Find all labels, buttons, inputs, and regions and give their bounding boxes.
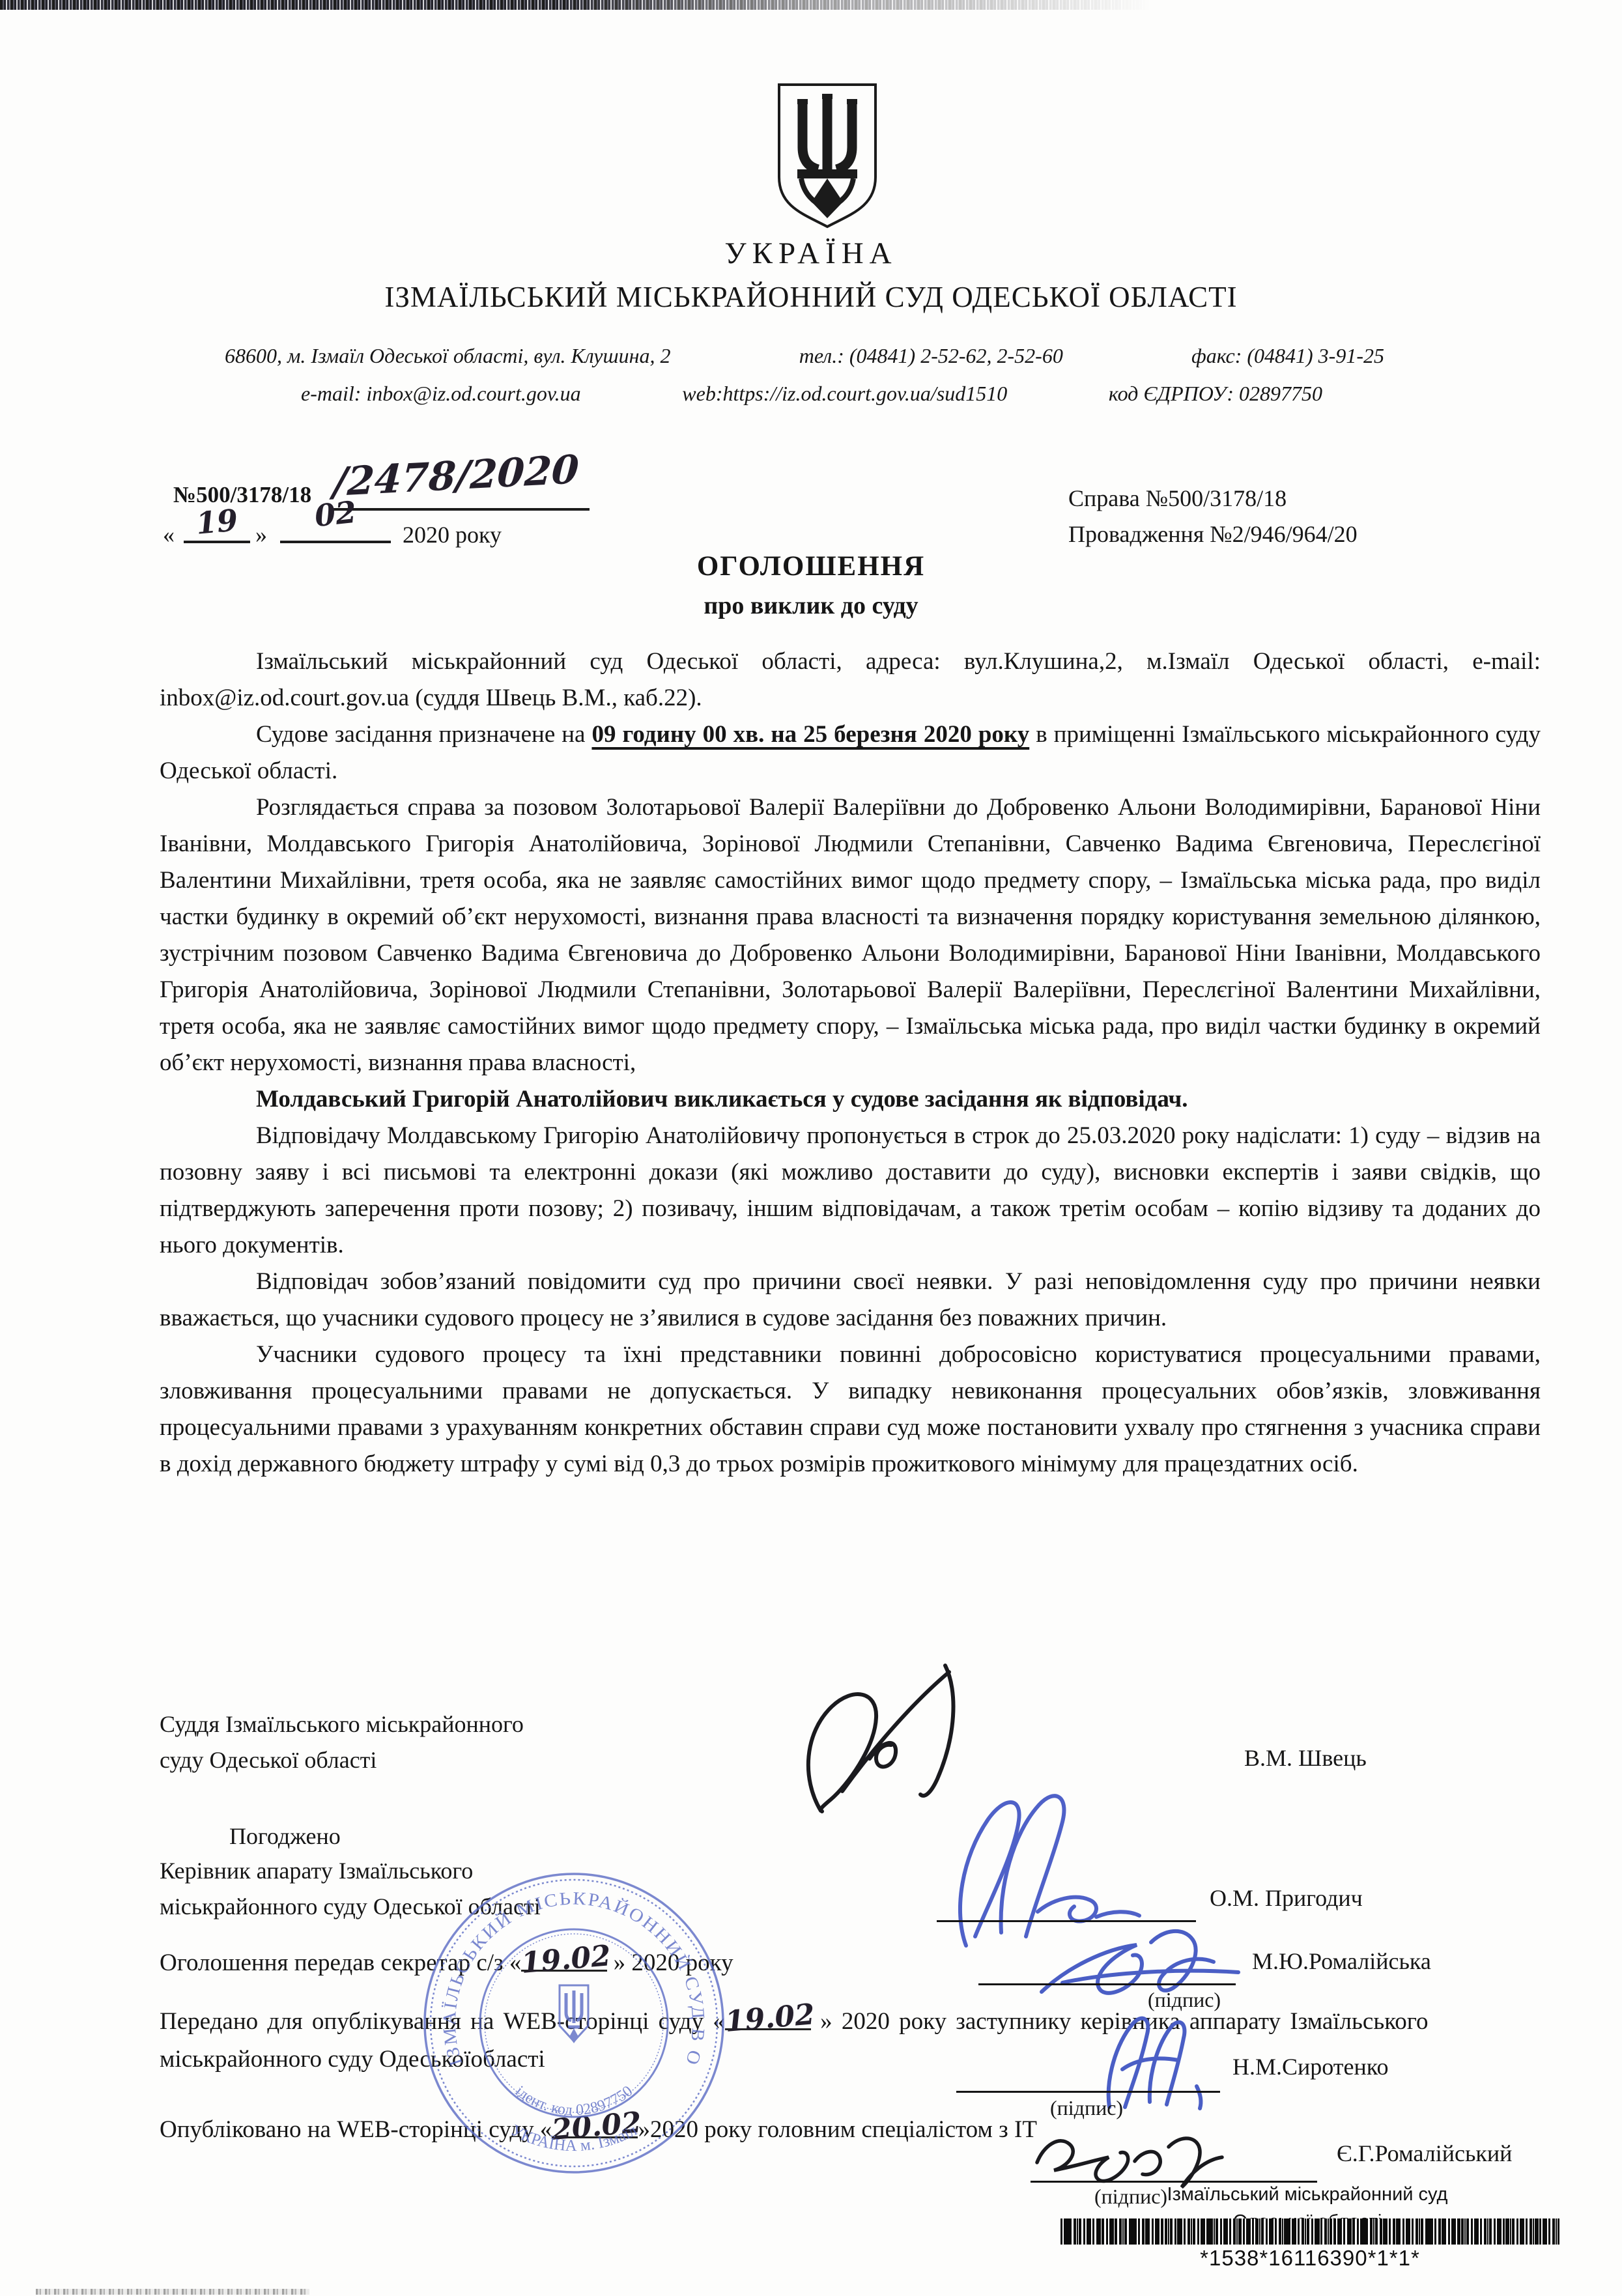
agreed-label: Погоджено: [229, 1819, 341, 1854]
date-day-handwritten: 19: [195, 502, 239, 541]
secretary-name: М.Ю.Ромалійська: [1252, 1948, 1431, 1975]
country-title: УКРАЇНА: [0, 236, 1622, 271]
proceeding-number: Провадження №2/946/964/20: [1068, 517, 1358, 552]
case-number: Справа №500/3178/18: [1068, 481, 1358, 517]
stamp-id-text: ідент. код 02897750: [512, 2082, 636, 2119]
transfer-row: Передано для опублікування на WEB-сторін…: [160, 2007, 1429, 2035]
court-fax: факс: (04841) 3-91-25: [1191, 344, 1384, 368]
svg-text:ІЗМАЇЛЬСЬКИЙ МІСЬКРАЙОННИЙ СУД: ІЗМАЇЛЬСЬКИЙ МІСЬКРАЙОННИЙ СУД В ОДЕСЬКІ…: [420, 1867, 708, 2069]
date-day-line: 19: [184, 509, 250, 543]
date-year: 2020 року: [403, 521, 502, 548]
hearing-datetime: 09 годину 00 хв. на 25 березня 2020 року: [591, 721, 1029, 748]
scan-artifact-bottom: [36, 2289, 309, 2295]
address-line-2: e-mail: inbox@iz.od.court.gov.ua web:htt…: [301, 382, 1322, 406]
court-name-title: ІЗМАЇЛЬСЬКИЙ МІСЬКРАЙОННИЙ СУД ОДЕСЬКОЇ …: [0, 280, 1622, 314]
court-address: 68600, м. Ізмаїл Одеської області, вул. …: [225, 344, 671, 368]
outgoing-number-handwritten: /2478/2020: [332, 447, 580, 505]
stamp-ring-text: ІЗМАЇЛЬСЬКИЙ МІСЬКРАЙОННИЙ СУД В ОДЕСЬКІ…: [420, 1867, 708, 2069]
judge-label-line2: суду Одеської області: [160, 1742, 524, 1778]
document-body: Ізмаїльський міськрайонний суд Одеської …: [160, 644, 1541, 1482]
judge-label: Суддя Ізмаїльського міськрайонного суду …: [160, 1707, 524, 1778]
date-quote-close: »: [255, 521, 267, 548]
court-email: e-mail: inbox@iz.od.court.gov.ua: [301, 382, 581, 406]
address-line-1: 68600, м. Ізмаїл Одеської області, вул. …: [225, 344, 1384, 368]
outgoing-number-handwritten-line: /2478/2020: [329, 456, 590, 511]
court-edrpou: код ЄДРПОУ: 02897750: [1109, 382, 1322, 406]
it-name: Є.Г.Ромалійський: [1337, 2140, 1512, 2167]
judge-label-line1: Суддя Ізмаїльського міськрайонного: [160, 1707, 524, 1742]
outgoing-number: №500/3178/18: [173, 482, 311, 508]
deputy-name: Н.М.Сиротенко: [1232, 2053, 1388, 2080]
transfer-date-handwritten: 19.02: [724, 2008, 815, 2029]
court-document-page: УКРАЇНА ІЗМАЇЛЬСЬКИЙ МІСЬКРАЙОННИЙ СУД О…: [0, 0, 1622, 2296]
body-paragraph-6: Відповідач зобов’язаний повідомити суд п…: [160, 1264, 1541, 1337]
stamp-tryzub-icon: [560, 1985, 588, 2043]
body-paragraph-5: Відповідачу Молдавському Григорію Анатол…: [160, 1118, 1541, 1264]
body-paragraph-1: Ізмаїльський міськрайонний суд Одеської …: [160, 644, 1541, 716]
document-title: ОГОЛОШЕННЯ: [0, 550, 1622, 582]
court-web: web:https://iz.od.court.gov.ua/sud1510: [682, 382, 1007, 406]
deputy-signature-line: [956, 2091, 1220, 2093]
case-reference-block: Справа №500/3178/18 Провадження №2/946/9…: [1068, 481, 1358, 552]
stamp-country-text: УКРАЇНА м. Ізмаїл: [508, 2121, 640, 2155]
body-paragraph-7: Учасники судового процесу та їхні предст…: [160, 1337, 1541, 1482]
chief-name: О.М. Пригодич: [1210, 1884, 1363, 1912]
barcode: [1060, 2218, 1559, 2245]
court-phone: тел.: (04841) 2-52-62, 2-52-60: [799, 344, 1063, 368]
transfer-date-line: 19.02: [725, 2013, 811, 2030]
court-stamp: ІЗМАЇЛЬСЬКИЙ МІСЬКРАЙОННИЙ СУД В ОДЕСЬКІ…: [420, 1867, 728, 2179]
tryzub-emblem-icon: [773, 79, 882, 231]
judge-name: В.М. Швець: [1244, 1744, 1367, 1772]
body-paragraph-4-summons: Молдавський Григорій Анатолійович виклик…: [160, 1081, 1541, 1118]
hearing-prefix: Судове засідання призначене на: [256, 721, 591, 748]
date-quote-open: «: [163, 521, 175, 548]
date-month-line: 02: [280, 509, 391, 543]
body-paragraph-2: Судове засідання призначене на 09 годину…: [160, 716, 1541, 789]
document-subtitle: про виклик до суду: [0, 591, 1622, 620]
secretary-signature-line: [978, 1983, 1236, 1985]
svg-text:ідент. код 02897750: ідент. код 02897750: [512, 2082, 636, 2119]
footer-court-line1: Ізмаїльський міськрайонний суд: [1057, 2181, 1558, 2208]
body-paragraph-3: Розглядається справа за позовом Золотарь…: [160, 789, 1541, 1081]
svg-text:УКРАЇНА м. Ізмаїл: УКРАЇНА м. Ізмаїл: [508, 2121, 640, 2155]
barcode-text: *1538*16116390*1*1*: [1060, 2246, 1559, 2271]
scan-artifact-fade: [0, 0, 1251, 10]
podpis-label-deputy: (підпис): [1050, 2096, 1123, 2120]
date-month-handwritten: 02: [313, 494, 358, 533]
